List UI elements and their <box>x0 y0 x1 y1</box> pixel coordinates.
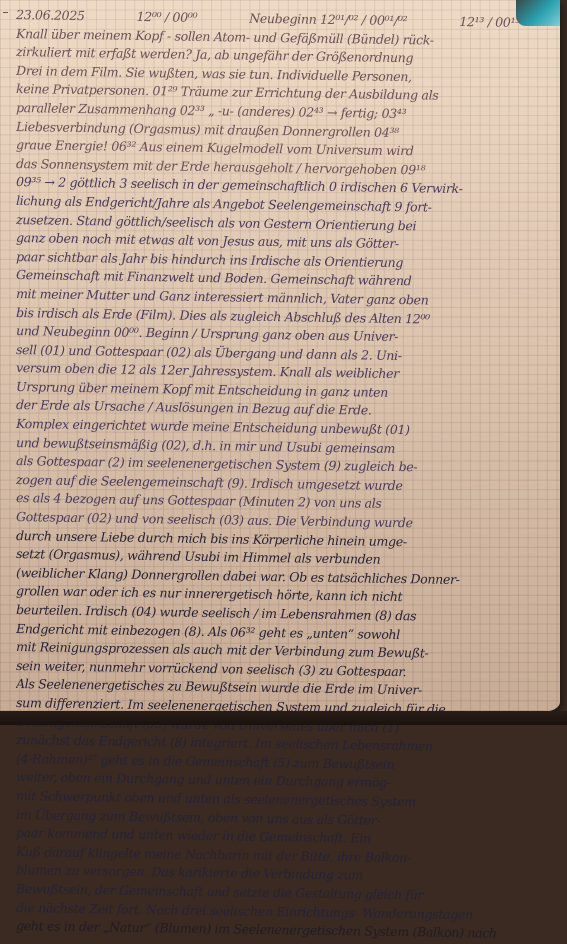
margin-mark <box>3 12 8 13</box>
header-times-right: 12¹³ / 00¹³ <box>459 13 520 33</box>
entry-date: 23.06.2025 <box>16 6 85 26</box>
page-bottom-shadow <box>0 711 567 725</box>
header-neubeginn: Neubeginn 12⁰¹/⁰² / 00⁰¹/⁰² <box>249 10 407 31</box>
notebook-page: 23.06.2025 12⁰⁰ / 00⁰⁰ Neubeginn 12⁰¹/⁰²… <box>0 0 560 712</box>
handwritten-text-block: 23.06.2025 12⁰⁰ / 00⁰⁰ Neubeginn 12⁰¹/⁰²… <box>16 6 550 725</box>
header-times-left: 12⁰⁰ / 00⁰⁰ <box>136 8 197 28</box>
